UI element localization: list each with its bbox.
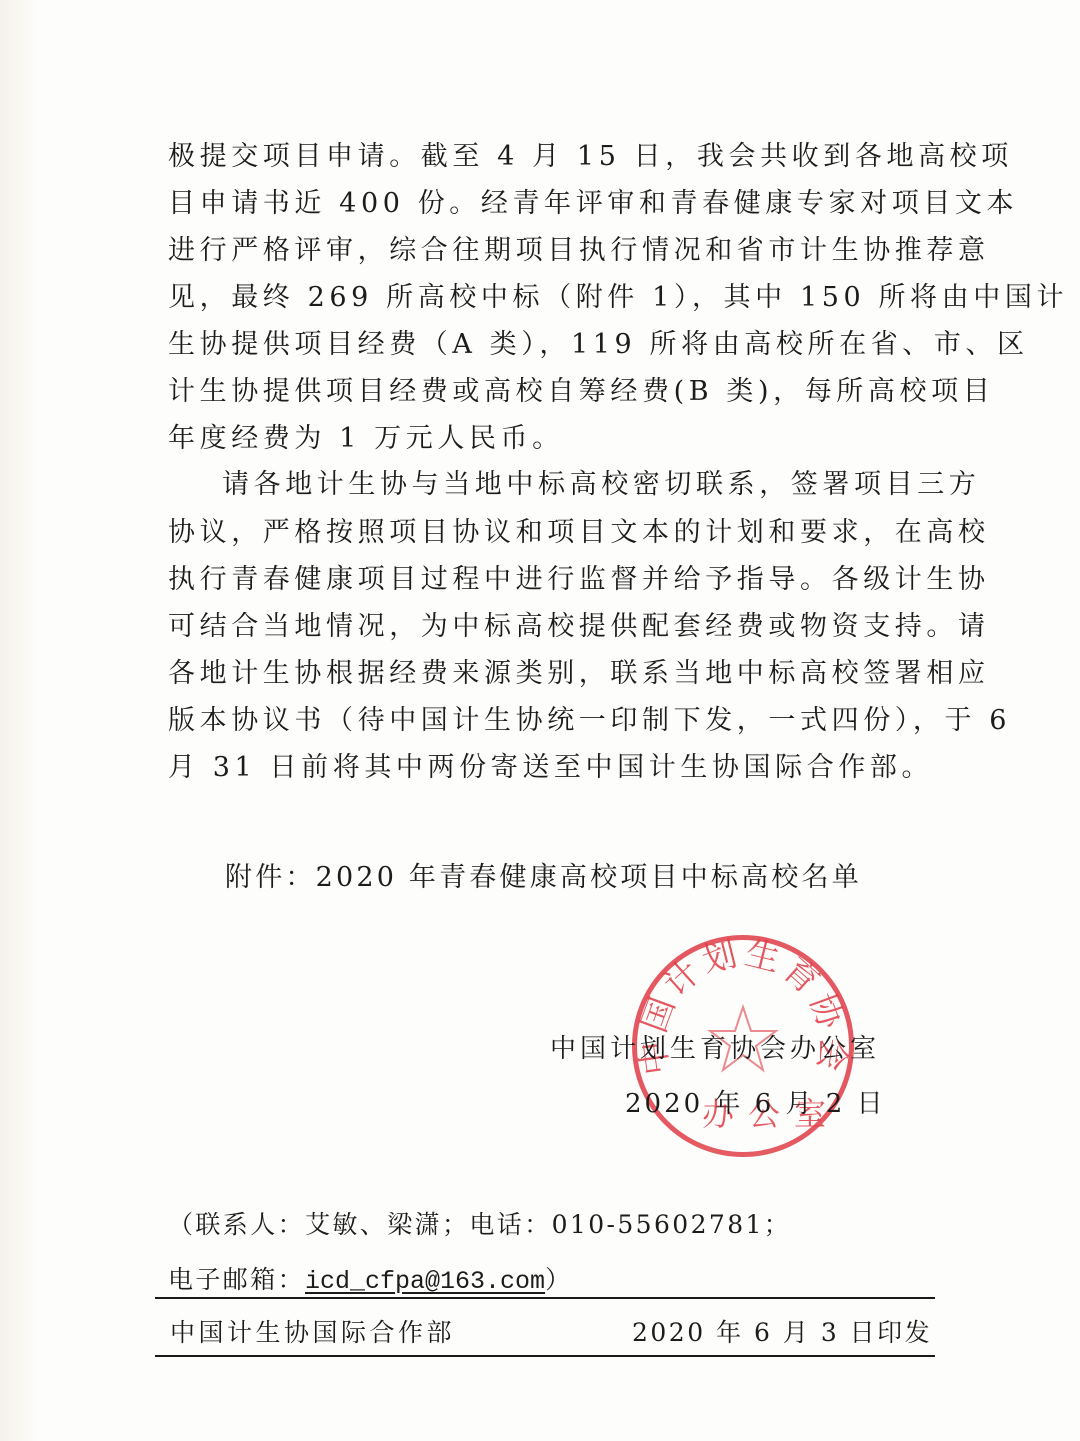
page-edge-shadow <box>0 0 40 1441</box>
text-line: 极提交项目申请。截至 4 月 15 日，我会共收到各地高校项 <box>168 139 1013 175</box>
email-link[interactable]: icd_cfpa@163.com <box>305 1267 545 1296</box>
email-line: 电子邮箱：icd_cfpa@163.com） <box>168 1260 572 1296</box>
contact-line: （联系人：艾敏、梁潇；电话：010-55602781； <box>168 1205 791 1241</box>
text-line: 年度经费为 1 万元人民币。 <box>168 421 564 457</box>
signing-date: 2020 年 6 月 2 日 <box>625 1083 886 1120</box>
text-line: 协议，严格按照项目协议和项目文本的计划和要求，在高校 <box>168 515 990 551</box>
text-line: 月 31 日前将其中两份寄送至中国计生协国际合作部。 <box>168 750 933 786</box>
text-line: 各地计生协根据经费来源类别，联系当地中标高校签署相应 <box>168 656 990 692</box>
email-close: ） <box>545 1265 572 1294</box>
footer-issue-date: 2020 年 6 月 3 日印发 <box>632 1313 932 1349</box>
footer-divider-bottom <box>155 1355 935 1357</box>
text-line: 进行严格评审，综合往期项目执行情况和省市计生协推荐意 <box>168 233 990 269</box>
text-line: 执行青春健康项目过程中进行监督并给予指导。各级计生协 <box>168 562 990 598</box>
signing-organization: 中国计划生育协会办公室 <box>550 1028 880 1065</box>
text-line: 生协提供项目经费（A 类），119 所将由高校所在省、市、区 <box>168 327 1029 363</box>
text-line: 计生协提供项目经费或高校自筹经费(B 类)，每所高校项目 <box>168 374 994 410</box>
text-line: 见，最终 269 所高校中标（附件 1），其中 150 所将由中国计 <box>168 280 1068 316</box>
text-line: 版本协议书（待中国计生协统一印制下发，一式四份），于 6 <box>168 703 1011 739</box>
text-line: 目申请书近 400 份。经青年评审和青春健康专家对项目文本 <box>168 186 1018 222</box>
attachment-note: 附件：2020 年青春健康高校项目中标高校名单 <box>225 855 862 894</box>
footer-divider-top <box>155 1297 935 1299</box>
footer-issuer: 中国计生协国际合作部 <box>170 1313 455 1349</box>
email-label: 电子邮箱： <box>168 1265 305 1294</box>
text-line: 可结合当地情况，为中标高校提供配套经费或物资支持。请 <box>168 609 990 645</box>
text-line: 请各地计生协与当地中标高校密切联系，签署项目三方 <box>222 467 980 503</box>
